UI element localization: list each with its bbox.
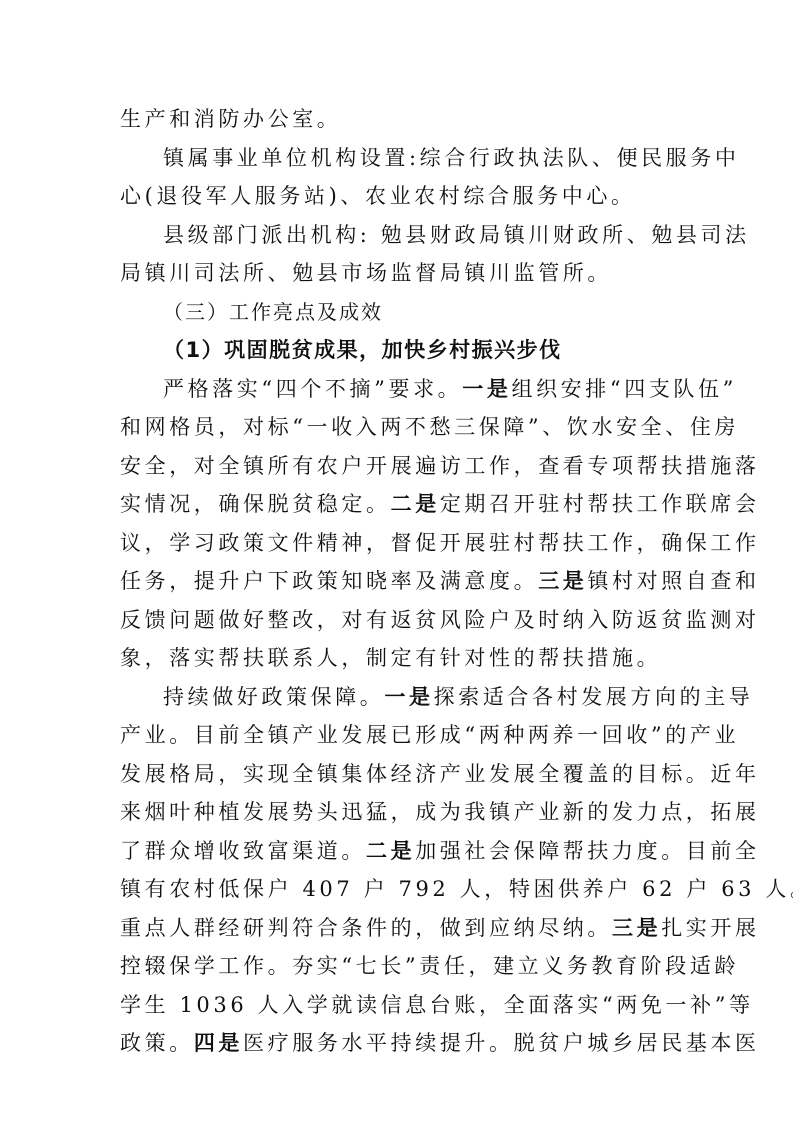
line-text: 加强社会保障帮扶力度。目前全 — [415, 839, 759, 863]
paragraph-line: 来烟叶种植发展势头迅猛，成为我镇产业新的发力点，拓展 — [120, 793, 676, 832]
line-text: 探索适合各村发展方向的主导 — [434, 685, 754, 709]
line-text: 了群众增收致富渠道。 — [120, 839, 366, 863]
paragraph-line: 局镇川司法所、勉县市场监督局镇川监管所。 — [120, 254, 676, 293]
paragraph-line: 象，落实帮扶联系人，制定有针对性的帮扶措施。 — [120, 639, 676, 678]
document-page: 生产和消防办公室。 镇属事业单位机构设置:综合行政执法队、便民服务中 心(退役军… — [120, 100, 676, 1063]
paragraph-line: 议，学习政策文件精神，督促开展驻村帮扶工作，确保工作 — [120, 524, 676, 563]
paragraph-line: 控辍保学工作。夯实“七长”责任，建立义务教育阶段适龄 — [120, 947, 676, 986]
line-text: 镇村对照自查和 — [587, 569, 759, 593]
line-text: 重点人群经研判符合条件的，做到应纳尽纳。 — [120, 916, 612, 940]
paragraph-line: 发展格局，实现全镇集体经济产业发展全覆盖的目标。近年 — [120, 755, 676, 794]
paragraph-line: 任务，提升户下政策知晓率及满意度。三是镇村对照自查和 — [120, 562, 676, 601]
paragraph-line: 安全，对全镇所有农户开展遍访工作，查看专项帮扶措施落 — [120, 447, 676, 486]
paragraph-line: 了群众增收致富渠道。二是加强社会保障帮扶力度。目前全 — [120, 832, 676, 871]
line-text: 持续做好政策保障。 — [163, 685, 384, 709]
paragraph-line: 镇有农村低保户 407 户 792 人，特困供养户 62 户 63 人。对 — [120, 870, 676, 909]
line-text: 扎实开展 — [661, 916, 759, 940]
bold-keyword: 三是 — [612, 916, 661, 940]
paragraph-line: 镇属事业单位机构设置:综合行政执法队、便民服务中 — [120, 139, 676, 178]
paragraph-line: 学生 1036 人入学就读信息台账，全面落实“两免一补”等 — [120, 986, 676, 1025]
bold-keyword: 二是 — [366, 839, 415, 863]
paragraph-line: 生产和消防办公室。 — [120, 100, 676, 139]
subsection-heading: （1）巩固脱贫成果，加快乡村振兴步伐 — [120, 331, 676, 370]
bold-keyword: 四是 — [194, 1031, 243, 1055]
line-text: 医疗服务水平持续提升。脱贫户城乡居民基本医 — [243, 1031, 760, 1055]
paragraph-line: 政策。四是医疗服务水平持续提升。脱贫户城乡居民基本医 — [120, 1024, 676, 1063]
line-text: 任务，提升户下政策知晓率及满意度。 — [120, 569, 538, 593]
paragraph-line: 重点人群经研判符合条件的，做到应纳尽纳。三是扎实开展 — [120, 909, 676, 948]
line-text: 政策。 — [120, 1031, 194, 1055]
paragraph-line: 严格落实“四个不摘”要求。一是组织安排“四支队伍” — [120, 370, 676, 409]
paragraph-line: 反馈问题做好整改，对有返贫风险户及时纳入防返贫监测对 — [120, 601, 676, 640]
line-text: 实情况，确保脱贫稳定。 — [120, 492, 391, 516]
line-text: 严格落实“四个不摘”要求。 — [163, 377, 462, 401]
line-text: 组织安排“四支队伍” — [511, 377, 736, 401]
paragraph-line: 持续做好政策保障。一是探索适合各村发展方向的主导 — [120, 678, 676, 717]
paragraph-line: 和网格员，对标“一收入两不愁三保障”、饮水安全、住房 — [120, 408, 676, 447]
line-text: 定期召开驻村帮扶工作联席会 — [440, 492, 760, 516]
bold-keyword: 二是 — [391, 492, 440, 516]
bold-keyword: 一是 — [462, 377, 511, 401]
section-heading: （三）工作亮点及成效 — [120, 293, 676, 332]
paragraph-line: 产业。目前全镇产业发展已形成“两种两养一回收”的产业 — [120, 716, 676, 755]
paragraph-line: 心(退役军人服务站)、农业农村综合服务中心。 — [120, 177, 676, 216]
bold-keyword: 一是 — [384, 685, 433, 709]
paragraph-line: 县级部门派出机构: 勉县财政局镇川财政所、勉县司法 — [120, 216, 676, 255]
bold-keyword: 三是 — [538, 569, 587, 593]
paragraph-line: 实情况，确保脱贫稳定。二是定期召开驻村帮扶工作联席会 — [120, 485, 676, 524]
